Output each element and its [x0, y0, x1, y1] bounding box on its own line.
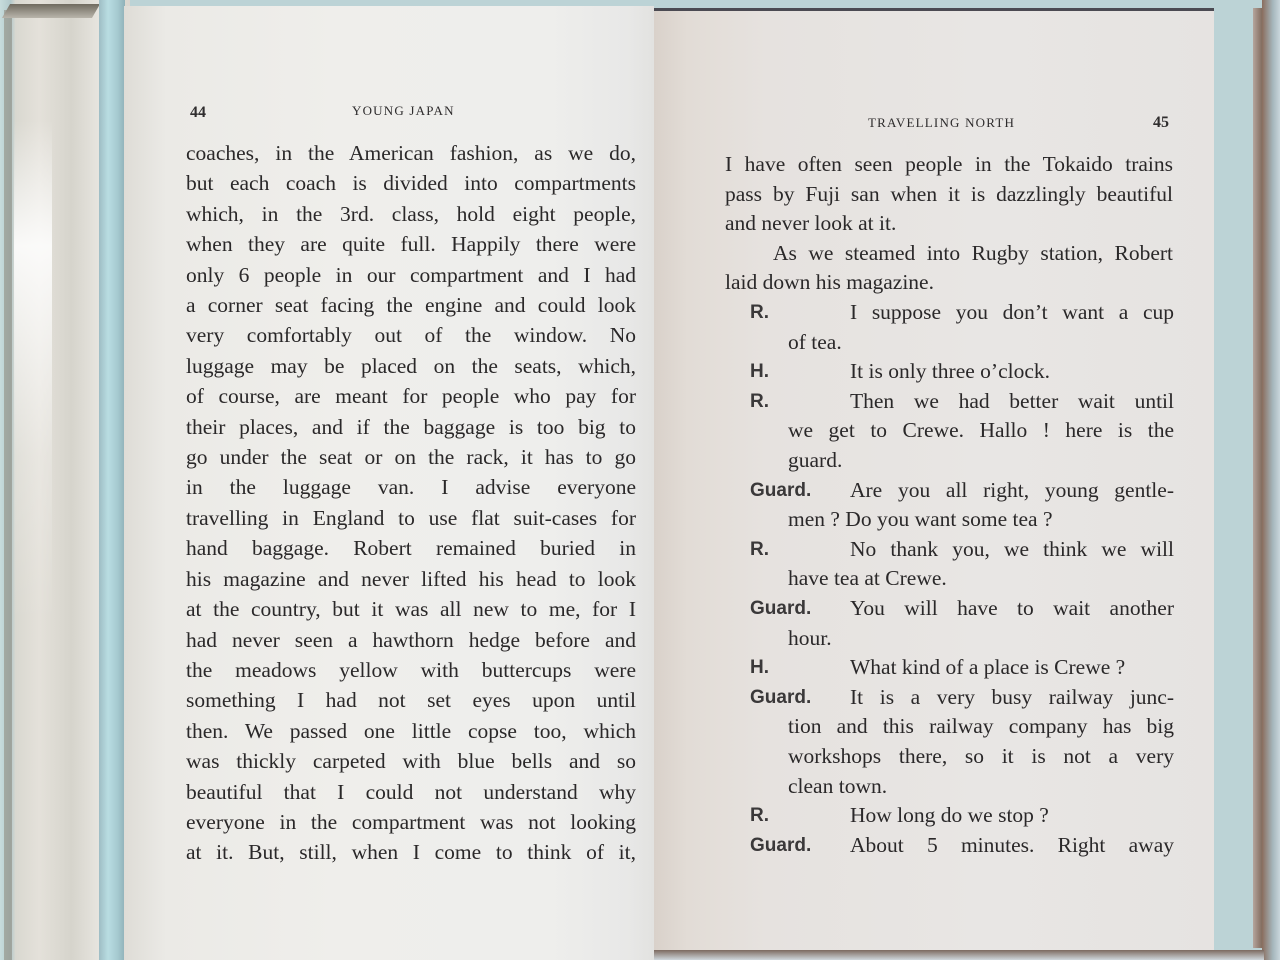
- speech-line: we get to Crewe. Hallo ! here is the: [750, 416, 1174, 446]
- text-line: only 6 people in our compartment and I h…: [186, 260, 636, 290]
- bookmark-ribbon: [99, 0, 125, 960]
- text-line: had never seen a hawthorn hedge before a…: [186, 625, 636, 655]
- book-cover-edge: [4, 10, 12, 960]
- speech-line: guard.: [750, 446, 1174, 476]
- book-top-edge: [2, 4, 100, 18]
- speech-entry: H. It is only three o’clock.: [750, 357, 1174, 387]
- speaker-label: H.: [750, 357, 769, 387]
- text-line: go under the seat or on the rack, it has…: [186, 442, 636, 472]
- speaker-label: R.: [750, 801, 769, 831]
- speech-line: It is a very busy railway junc-: [750, 683, 1174, 713]
- text-line: hand baggage. Robert remained buried in: [186, 533, 636, 563]
- speech-line: clean town.: [750, 772, 1174, 802]
- page-number-right: 45: [1153, 114, 1169, 132]
- speech-entry: R. How long do we stop ?: [750, 801, 1174, 831]
- speaker-label: H.: [750, 653, 769, 683]
- speech-entry: Guard. Are you all right, young gentle- …: [750, 476, 1174, 535]
- speech-line: hour.: [750, 624, 1174, 654]
- text-line: was thickly carpeted with blue bells and…: [186, 746, 636, 776]
- speech-line: No thank you, we think we will: [750, 535, 1174, 565]
- dialogue: R. I suppose you don’t want a cup of tea…: [750, 298, 1174, 860]
- speaker-label: R.: [750, 298, 769, 328]
- text-line: which, in the 3rd. class, hold eight peo…: [186, 199, 636, 229]
- running-head-right: TRAVELLING NORTH: [868, 115, 1015, 131]
- text-line: travelling in England to use flat suit-c…: [186, 503, 636, 533]
- text-line: the meadows yellow with buttercups were: [186, 655, 636, 685]
- text-line: a corner seat facing the engine and coul…: [186, 290, 636, 320]
- text-line: his magazine and never lifted his head t…: [186, 564, 636, 594]
- text-line: As we steamed into Rugby station, Robert: [725, 239, 1173, 269]
- speaker-label: Guard.: [750, 831, 811, 861]
- running-head-left: YOUNG JAPAN: [352, 103, 455, 119]
- text-line: pass by Fuji san when it is dazzlingly b…: [725, 180, 1173, 210]
- speech-entry: Guard. It is a very busy railway junc- t…: [750, 683, 1174, 801]
- text-line: when they are quite full. Happily there …: [186, 229, 636, 259]
- speech-line: have tea at Crewe.: [750, 564, 1174, 594]
- speech-entry: R. I suppose you don’t want a cup of tea…: [750, 298, 1174, 357]
- text-line: and never look at it.: [725, 209, 1173, 239]
- text-line: coaches, in the American fashion, as we …: [186, 138, 636, 168]
- speech-entry: R. Then we had better wait until we get …: [750, 387, 1174, 476]
- page-number-left: 44: [190, 104, 206, 122]
- text-line: beautiful that I could not understand wh…: [186, 777, 636, 807]
- left-page-body: coaches, in the American fashion, as we …: [186, 138, 636, 868]
- speech-line: About 5 minutes. Right away: [750, 831, 1174, 861]
- text-line: but each coach is divided into compartme…: [186, 168, 636, 198]
- text-line: at the country, but it was all new to me…: [186, 594, 636, 624]
- speech-line: tion and this railway company has big: [750, 712, 1174, 742]
- speaker-label: Guard.: [750, 594, 811, 624]
- speaker-label: R.: [750, 387, 769, 417]
- book-bottom-edge: [654, 950, 1264, 960]
- speaker-label: R.: [750, 535, 769, 565]
- speaker-label: Guard.: [750, 476, 811, 506]
- speech-line: I suppose you don’t want a cup: [750, 298, 1174, 328]
- text-line: I have often seen people in the Tokaido …: [725, 150, 1173, 180]
- text-line: laid down his magazine.: [725, 268, 1173, 298]
- speech-line: What kind of a place is Crewe ?: [750, 653, 1174, 683]
- text-line: at it. But, still, when I come to think …: [186, 837, 636, 867]
- speaker-label: Guard.: [750, 683, 811, 713]
- text-line: of course, are meant for people who pay …: [186, 381, 636, 411]
- speech-line: Then we had better wait until: [750, 387, 1174, 417]
- text-line: in the luggage van. I advise everyone: [186, 472, 636, 502]
- book-back-cover: [1262, 0, 1280, 960]
- speech-line: You will have to wait another: [750, 594, 1174, 624]
- speech-entry: R. No thank you, we think we will have t…: [750, 535, 1174, 594]
- text-line: luggage may be placed on the seats, whic…: [186, 351, 636, 381]
- text-line: their places, and if the baggage is too …: [186, 412, 636, 442]
- speech-entry: Guard. About 5 minutes. Right away: [750, 831, 1174, 861]
- speech-line: How long do we stop ?: [750, 801, 1174, 831]
- speech-line: of tea.: [750, 328, 1174, 358]
- text-line: everyone in the compartment was not look…: [186, 807, 636, 837]
- text-line: very comfortably out of the window. No: [186, 320, 636, 350]
- speech-line: men ? Do you want some tea ?: [750, 505, 1174, 535]
- text-line: something I had not set eyes upon until: [186, 685, 636, 715]
- light-glare: [14, 120, 52, 960]
- right-page-narrative: I have often seen people in the Tokaido …: [725, 150, 1173, 298]
- speech-line: Are you all right, young gentle-: [750, 476, 1174, 506]
- speech-entry: H. What kind of a place is Crewe ?: [750, 653, 1174, 683]
- text-line: then. We passed one little copse too, wh…: [186, 716, 636, 746]
- speech-entry: Guard. You will have to wait another hou…: [750, 594, 1174, 653]
- speech-line: It is only three o’clock.: [750, 357, 1174, 387]
- speech-line: workshops there, so it is not a very: [750, 742, 1174, 772]
